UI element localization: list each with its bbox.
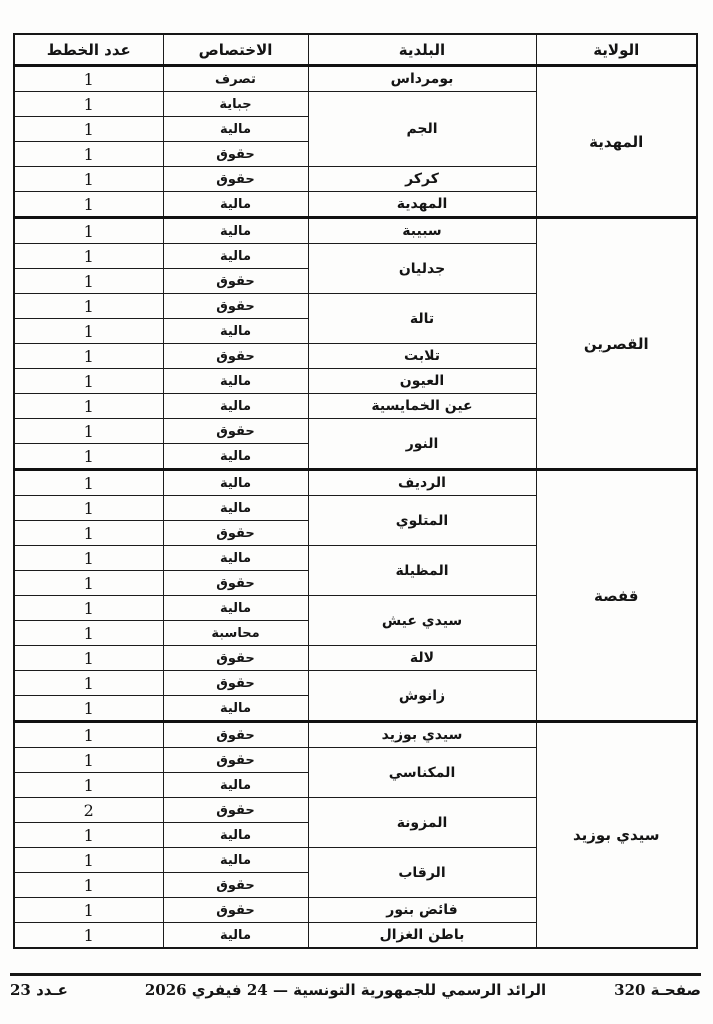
gazette-page: الولاية البلدية الاختصاص عدد الخطط المهد…: [0, 0, 713, 1024]
specialization-cell: مالية: [163, 546, 308, 571]
table-header-row: الولاية البلدية الاختصاص عدد الخطط: [14, 34, 697, 66]
positions-count-cell: 1: [14, 621, 163, 646]
specialization-cell: مالية: [163, 192, 308, 218]
positions-count-cell: 1: [14, 142, 163, 167]
municipality-cell: فائض بنور: [308, 898, 536, 923]
municipality-cell: العيون: [308, 369, 536, 394]
municipality-cell: الرقاب: [308, 848, 536, 898]
specialization-cell: مالية: [163, 244, 308, 269]
footer-issue-number: عـدد 23: [10, 981, 110, 999]
specialization-cell: حقوق: [163, 167, 308, 192]
positions-count-cell: 1: [14, 244, 163, 269]
positions-count-cell: 1: [14, 419, 163, 444]
specialization-cell: تصرف: [163, 66, 308, 92]
positions-count-cell: 1: [14, 192, 163, 218]
specialization-cell: مالية: [163, 773, 308, 798]
specialization-cell: حقوق: [163, 269, 308, 294]
wilaya-group: القصرينسبيبةمالية1جدليانمالية1حقوق1تالةح…: [14, 218, 697, 470]
municipality-cell: النور: [308, 419, 536, 470]
table-row: المهديةبومرداستصرف1: [14, 66, 697, 92]
table-row: القصرينسبيبةمالية1: [14, 218, 697, 244]
municipality-cell: المظيلة: [308, 546, 536, 596]
col-header-specialization: الاختصاص: [163, 34, 308, 66]
wilaya-cell: قفصة: [536, 470, 697, 722]
specialization-cell: حقوق: [163, 571, 308, 596]
municipality-cell: كركر: [308, 167, 536, 192]
positions-count-cell: 1: [14, 848, 163, 873]
positions-count-cell: 1: [14, 873, 163, 898]
positions-count-cell: 1: [14, 470, 163, 496]
municipality-cell: زانوش: [308, 671, 536, 722]
specialization-cell: مالية: [163, 319, 308, 344]
col-header-wilaya: الولاية: [536, 34, 697, 66]
positions-count-cell: 1: [14, 269, 163, 294]
page-footer: صفحـة 320 الرائد الرسمي للجمهورية التونس…: [10, 981, 701, 999]
municipality-cell: عين الخمايسية: [308, 394, 536, 419]
municipality-cell: جدليان: [308, 244, 536, 294]
positions-count-cell: 1: [14, 646, 163, 671]
specialization-cell: مالية: [163, 596, 308, 621]
col-header-positions: عدد الخطط: [14, 34, 163, 66]
footer-page-number: صفحـة 320: [581, 981, 701, 999]
specialization-cell: حقوق: [163, 419, 308, 444]
positions-count-cell: 1: [14, 722, 163, 748]
wilaya-group: سيدي بوزيدسيدي بوزيدحقوق1المكناسيحقوق1ما…: [14, 722, 697, 949]
municipality-cell: الرديف: [308, 470, 536, 496]
positions-count-cell: 1: [14, 748, 163, 773]
positions-count-cell: 1: [14, 823, 163, 848]
specialization-cell: مالية: [163, 218, 308, 244]
specialization-cell: مالية: [163, 923, 308, 949]
wilaya-cell: سيدي بوزيد: [536, 722, 697, 949]
specialization-cell: حقوق: [163, 521, 308, 546]
specialization-cell: حقوق: [163, 646, 308, 671]
positions-count-cell: 1: [14, 521, 163, 546]
positions-table: الولاية البلدية الاختصاص عدد الخطط المهد…: [13, 33, 698, 949]
positions-count-cell: 1: [14, 92, 163, 117]
specialization-cell: مالية: [163, 470, 308, 496]
specialization-cell: مالية: [163, 369, 308, 394]
municipality-cell: تالة: [308, 294, 536, 344]
positions-count-cell: 1: [14, 596, 163, 621]
positions-count-cell: 1: [14, 167, 163, 192]
municipality-cell: سيدي بوزيد: [308, 722, 536, 748]
municipality-cell: المهدية: [308, 192, 536, 218]
table-row: قفصةالرديفمالية1: [14, 470, 697, 496]
positions-count-cell: 1: [14, 546, 163, 571]
specialization-cell: مالية: [163, 823, 308, 848]
wilaya-cell: القصرين: [536, 218, 697, 470]
positions-count-cell: 1: [14, 218, 163, 244]
footer-divider: [10, 973, 701, 976]
specialization-cell: حقوق: [163, 722, 308, 748]
municipality-cell: باطن الغزال: [308, 923, 536, 949]
specialization-cell: مالية: [163, 444, 308, 470]
positions-count-cell: 1: [14, 344, 163, 369]
specialization-cell: حقوق: [163, 142, 308, 167]
positions-count-cell: 1: [14, 671, 163, 696]
positions-count-cell: 1: [14, 898, 163, 923]
specialization-cell: مالية: [163, 848, 308, 873]
specialization-cell: حقوق: [163, 344, 308, 369]
col-header-municipality: البلدية: [308, 34, 536, 66]
positions-count-cell: 1: [14, 696, 163, 722]
positions-count-cell: 1: [14, 394, 163, 419]
specialization-cell: حقوق: [163, 898, 308, 923]
specialization-cell: مالية: [163, 696, 308, 722]
positions-count-cell: 1: [14, 294, 163, 319]
positions-count-cell: 2: [14, 798, 163, 823]
specialization-cell: حقوق: [163, 671, 308, 696]
positions-count-cell: 1: [14, 117, 163, 142]
municipality-cell: تلابت: [308, 344, 536, 369]
positions-count-cell: 1: [14, 444, 163, 470]
municipality-cell: المكناسي: [308, 748, 536, 798]
municipality-cell: المتلوي: [308, 496, 536, 546]
specialization-cell: مالية: [163, 496, 308, 521]
wilaya-cell: المهدية: [536, 66, 697, 218]
specialization-cell: جباية: [163, 92, 308, 117]
table-row: سيدي بوزيدسيدي بوزيدحقوق1: [14, 722, 697, 748]
municipality-cell: بومرداس: [308, 66, 536, 92]
positions-count-cell: 1: [14, 571, 163, 596]
municipality-cell: الجم: [308, 92, 536, 167]
positions-count-cell: 1: [14, 369, 163, 394]
specialization-cell: مالية: [163, 117, 308, 142]
specialization-cell: مالية: [163, 394, 308, 419]
municipality-cell: لالة: [308, 646, 536, 671]
wilaya-group: المهديةبومرداستصرف1الجمجباية1مالية1حقوق1…: [14, 66, 697, 218]
positions-count-cell: 1: [14, 923, 163, 949]
municipality-cell: سبيبة: [308, 218, 536, 244]
footer-journal-title: الرائد الرسمي للجمهورية التونسية — 24 في…: [110, 981, 581, 999]
positions-count-cell: 1: [14, 496, 163, 521]
specialization-cell: حقوق: [163, 873, 308, 898]
specialization-cell: محاسبة: [163, 621, 308, 646]
positions-count-cell: 1: [14, 66, 163, 92]
municipality-cell: المزونة: [308, 798, 536, 848]
positions-count-cell: 1: [14, 319, 163, 344]
specialization-cell: حقوق: [163, 294, 308, 319]
positions-count-cell: 1: [14, 773, 163, 798]
specialization-cell: حقوق: [163, 748, 308, 773]
wilaya-group: قفصةالرديفمالية1المتلويمالية1حقوق1المظيل…: [14, 470, 697, 722]
municipality-cell: سيدي عيش: [308, 596, 536, 646]
specialization-cell: حقوق: [163, 798, 308, 823]
